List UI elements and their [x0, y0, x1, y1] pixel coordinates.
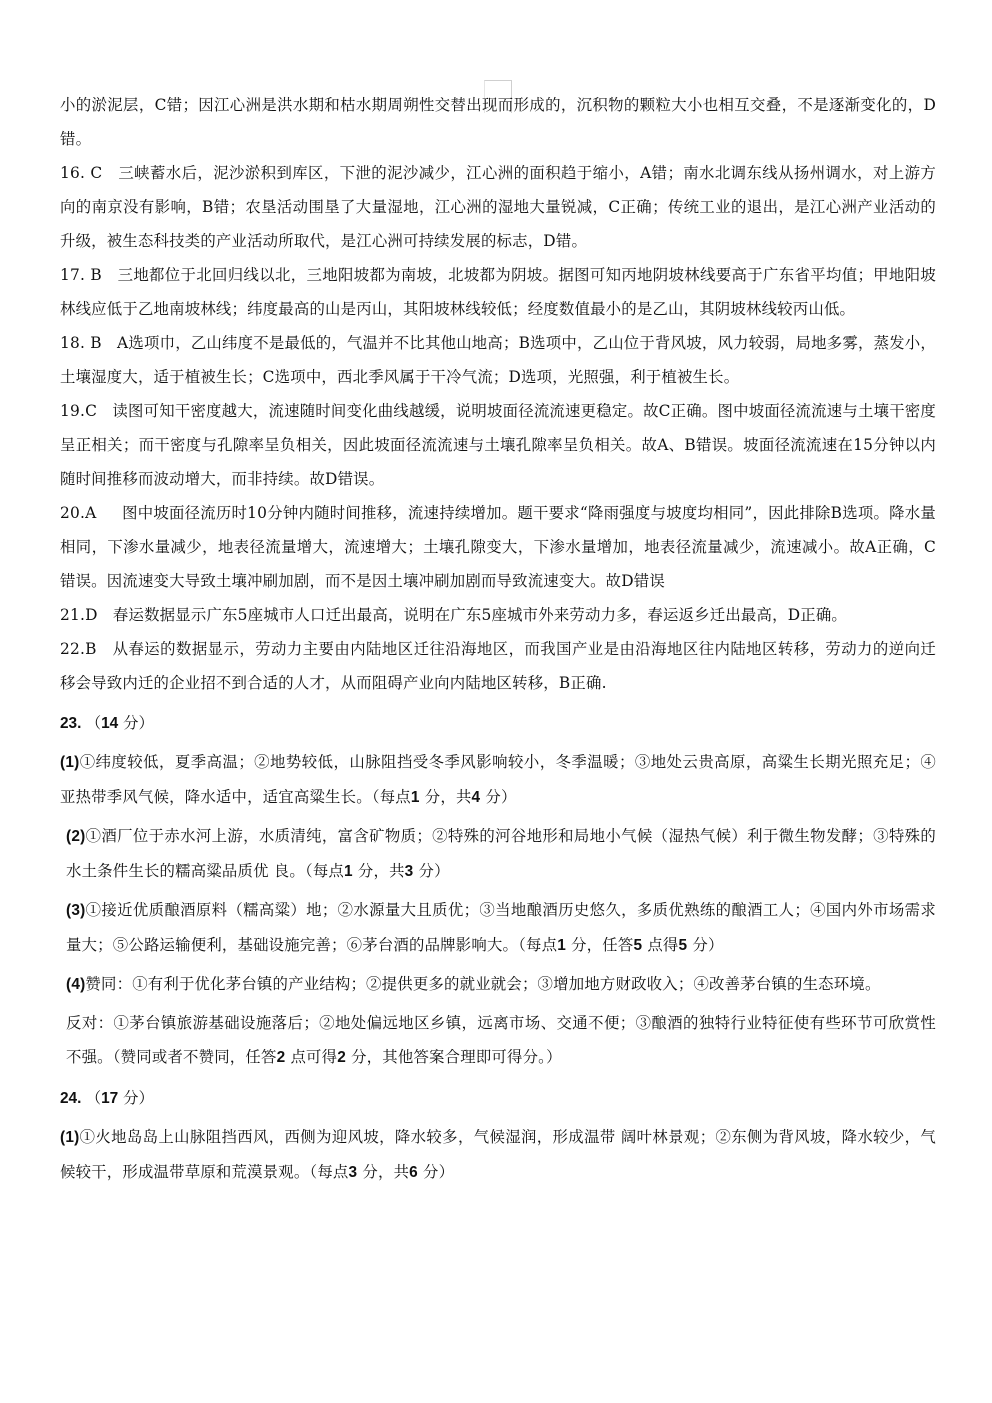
answer-20: 20.A 图中坡面径流历时10分钟内随时间推移，流速持续增加。题干要求“降雨强度… [60, 496, 936, 598]
answer-21: 21.D 春运数据显示广东5座城市人口迁出最高，说明在广东5座城市外来劳动力多，… [60, 598, 936, 632]
answer-number: 20.A [60, 504, 96, 522]
answer-explanation: A选项巾，乙山纬度不是最低的，气温并不比其他山地高；B选项中，乙山位于背风坡，风… [60, 334, 936, 386]
q24-part-1: (1)①火地岛岛上山脉阻挡西风，西侧为迎风坡，降水较多，气候湿润，形成温带 阔叶… [60, 1120, 936, 1190]
part-score: （每点1 分，共4 分） [372, 788, 517, 806]
oppose-score: （赞同或者不赞同，任答2 点可得2 分，其他答案合理即可得分。） [113, 1048, 562, 1066]
part-score: （每点3 分，共6 分） [309, 1163, 454, 1181]
q23-part-3: (3)①接近优质酿酒原料（糯高粱）地；②水源量大且质优；③当地酿酒历史悠久，多质… [60, 893, 936, 963]
answer-explanation: 图中坡面径流历时10分钟内随时间推移，流速持续增加。题干要求“降雨强度与坡度均相… [60, 504, 936, 590]
answer-18: 18. B A选项巾，乙山纬度不是最低的，气温并不比其他山地高；B选项中，乙山位… [60, 326, 936, 394]
part-text: ①接近优质酿酒原料（糯高粱）地；②水源量大且质优；③当地酿酒历史悠久，多质优熟练… [66, 901, 936, 954]
q23-part-2: (2)①酒厂位于赤水河上游，水质清纯，富含矿物质；②特殊的河谷地形和局地小气候（… [60, 819, 936, 889]
answer-explanation: 从春运的数据显示，劳动力主要由内陆地区迁往沿海地区，而我国产业是由沿海地区往内陆… [60, 640, 936, 692]
part-label: (1) [60, 1129, 79, 1146]
part-text: ①酒厂位于赤水河上游，水质清纯，富含矿物质；②特殊的河谷地形和局地小气候（湿热气… [66, 827, 936, 880]
answer-19: 19.C 读图可知干密度越大，流速随时间变化曲线越缓，说明坡面径流流速更稳定。故… [60, 394, 936, 496]
answer-number: 16. C [60, 164, 102, 182]
question-number: 24. [60, 1090, 81, 1107]
answer-17: 17. B 三地都位于北回归线以北，三地阳坡都为南坡，北坡都为阴坡。据图可知丙地… [60, 258, 936, 326]
answer-16: 16. C 三峡蓄水后，泥沙淤积到库区，下泄的泥沙减少，江心洲的面积趋于缩小，A… [60, 156, 936, 258]
q23-part-4-oppose: 反对：①茅台镇旅游基础设施落后；②地处偏远地区乡镇，远离市场、交通不便；③酿酒的… [60, 1006, 936, 1075]
answer-explanation: 三峡蓄水后，泥沙淤积到库区，下泄的泥沙减少，江心洲的面积趋于缩小，A错；南水北调… [60, 164, 936, 250]
continuation-paragraph: 小的淤泥层，C错；因江心洲是洪水期和枯水期周朔性交替出现而形成的，沉积物的颗粒大… [60, 88, 936, 156]
question-24-title: 24. （17 分） [60, 1081, 936, 1116]
question-score: （14 分） [86, 714, 154, 732]
part-score: （每点1 分，任答5 点得5 分） [518, 936, 723, 954]
part-label: (3) [66, 902, 85, 919]
q23-part-4: (4)赞同：①有利于优化茅台镇的产业结构；②提供更多的就业就会；③增加地方财政收… [60, 967, 936, 1002]
answer-explanation: 春运数据显示广东5座城市人口迁出最高，说明在广东5座城市外来劳动力多，春运返乡迁… [113, 606, 847, 624]
answer-number: 21.D [60, 606, 98, 624]
question-23-title: 23. （14 分） [60, 706, 936, 741]
part-text: ①火地岛岛上山脉阻挡西风，西侧为迎风坡，降水较多，气候湿润，形成温带 阔叶林景观… [60, 1128, 936, 1181]
answer-number: 19.C [60, 402, 97, 420]
answer-number: 17. B [60, 266, 102, 284]
answer-explanation: 三地都位于北回归线以北，三地阳坡都为南坡，北坡都为阴坡。据图可知丙地阴坡林线要高… [60, 266, 936, 318]
part-score: （每点1 分，共3 分） [305, 862, 450, 880]
part-label: (2) [66, 828, 85, 845]
answer-key-page: 小的淤泥层，C错；因江心洲是洪水期和枯水期周朔性交替出现而形成的，沉积物的颗粒大… [60, 88, 936, 1190]
part-label: (1) [60, 754, 79, 771]
answer-22: 22.B 从春运的数据显示，劳动力主要由内陆地区迁往沿海地区，而我国产业是由沿海… [60, 632, 936, 700]
question-number: 23. [60, 715, 81, 732]
question-score: （17 分） [86, 1089, 154, 1107]
answer-number: 18. B [60, 334, 102, 352]
answer-number: 22.B [60, 640, 97, 658]
part-text: 赞同：①有利于优化茅台镇的产业结构；②提供更多的就业就会；③增加地方财政收入；④… [85, 975, 880, 993]
part-label: (4) [66, 976, 85, 993]
answer-explanation: 读图可知干密度越大，流速随时间变化曲线越缓，说明坡面径流流速更稳定。故C正确。图… [60, 402, 936, 488]
q23-part-1: (1)①纬度较低，夏季高温；②地势较低，山脉阻挡受冬季风影响较小，冬季温暖；③地… [60, 745, 936, 815]
